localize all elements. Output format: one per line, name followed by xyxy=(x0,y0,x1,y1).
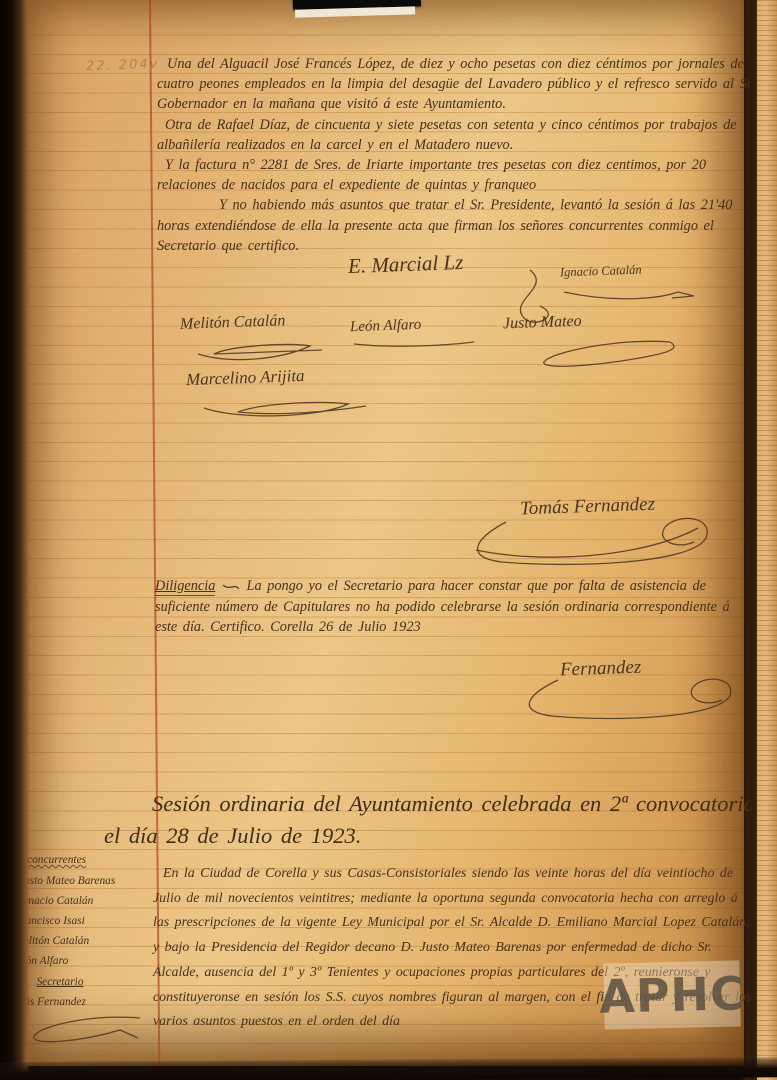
manuscript-paragraph: Y no habiendo más asuntos que tratar el … xyxy=(157,195,757,256)
diligencia-body: La pongo yo el Secretario para hacer con… xyxy=(155,578,730,635)
signature-flourish xyxy=(530,336,690,372)
flourish-separator xyxy=(221,581,241,593)
diligencia-label: Diligencia xyxy=(155,578,215,596)
scan-bottom-edge xyxy=(0,1057,777,1080)
session-heading: Sesión ordinaria del Ayuntamiento celebr… xyxy=(104,788,772,852)
signature-flourish xyxy=(462,488,718,580)
signature-e-marcial-lopez: E. Marcial Lz xyxy=(348,250,464,279)
signature-ignacio-catalan: Ignacio Catalán xyxy=(560,263,642,281)
diligencia-note: Diligencia La pongo yo el Secretario par… xyxy=(155,576,757,638)
manuscript-paragraph: Otra de Rafael Díaz, de cincuenta y siet… xyxy=(157,115,757,155)
book-gutter-shadow xyxy=(0,0,30,1080)
signature-marcelino-arijita: Marcelino Arijita xyxy=(186,366,305,390)
signature-leon-alfaro: León Alfaro xyxy=(350,317,422,336)
manuscript-paragraph: Y la factura n° 2281 de Sres. de Iriarte… xyxy=(157,155,757,195)
pencil-folio-note: 22. 204v xyxy=(86,57,160,75)
diligencia-text: Diligencia La pongo yo el Secretario par… xyxy=(155,576,757,638)
manuscript-paragraph: Una del Alguacil José Francés López, de … xyxy=(157,54,757,115)
signature-flourish xyxy=(508,652,743,732)
previous-session-closing: Una del Alguacil José Francés López, de … xyxy=(157,54,757,256)
top-clip-tab xyxy=(293,0,422,21)
signature-meliton-catalan: Melitón Catalán xyxy=(180,312,286,334)
adjacent-page-edge xyxy=(757,0,777,1080)
signature-flourish xyxy=(190,336,330,366)
aphc-watermark: APHC xyxy=(603,960,741,1029)
signature-flourish xyxy=(198,396,373,424)
scanned-minutes-page: 22. 204v Una del Alguacil José Francés L… xyxy=(0,0,777,1080)
signature-flourish xyxy=(560,284,710,304)
signature-flourish xyxy=(20,1012,150,1054)
signature-justo-mateo: Justo Mateo xyxy=(503,313,582,334)
signature-flourish xyxy=(352,338,477,350)
